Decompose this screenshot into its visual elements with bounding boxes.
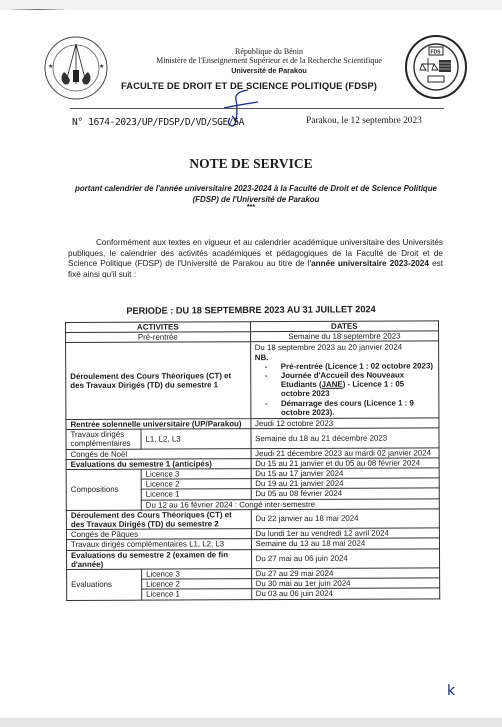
- subtitle-line2: (FDSP) de l'Université de Parakou: [193, 195, 320, 204]
- table-row: Evaluations du semestre 2 (examen de fin…: [66, 549, 439, 570]
- document-title: NOTE DE SERVICE: [0, 156, 502, 172]
- university-name: Université de Parakou: [18, 66, 502, 75]
- subtitle-line1: portant calendrier de l'année universita…: [75, 184, 437, 193]
- nb-list: Pré-rentrée (Licence 1 : 02 octobre 2023…: [255, 361, 435, 417]
- intro-paragraph: Conformément aux textes en vigueur et au…: [68, 238, 443, 280]
- s1-dates-cell: Du 18 septembre 2023 au 20 janvier 2024 …: [250, 341, 439, 418]
- reference-number: N° 1674-2023/UP/FDSP/D/VD/SGE/SA: [72, 117, 244, 128]
- place-date: Parakou, le 12 septembre 2023: [306, 116, 422, 126]
- calendar-table: ACTIVITES DATES Pré-rentrée Semaine du 1…: [65, 320, 440, 600]
- separator-stars: ***: [0, 204, 502, 211]
- scan-top-edge: [0, 0, 502, 10]
- ministry-name: Ministère de l'Enseignement Supérieur et…: [18, 56, 502, 65]
- table-row: Déroulement des Cours Théoriques (CT) et…: [66, 509, 439, 530]
- republic-name: République du Bénin: [18, 47, 502, 56]
- table-row: Travaux dirigés complémentaires L1, L2, …: [66, 428, 439, 449]
- scan-bottom-edge: [0, 718, 502, 727]
- handwritten-initials: k: [447, 683, 455, 699]
- academic-year: année universitaire 2023-2024: [311, 259, 429, 268]
- document-subtitle: portant calendrier de l'année universita…: [62, 183, 450, 205]
- table-row: Déroulement des Cours Théoriques (CT) et…: [66, 341, 439, 419]
